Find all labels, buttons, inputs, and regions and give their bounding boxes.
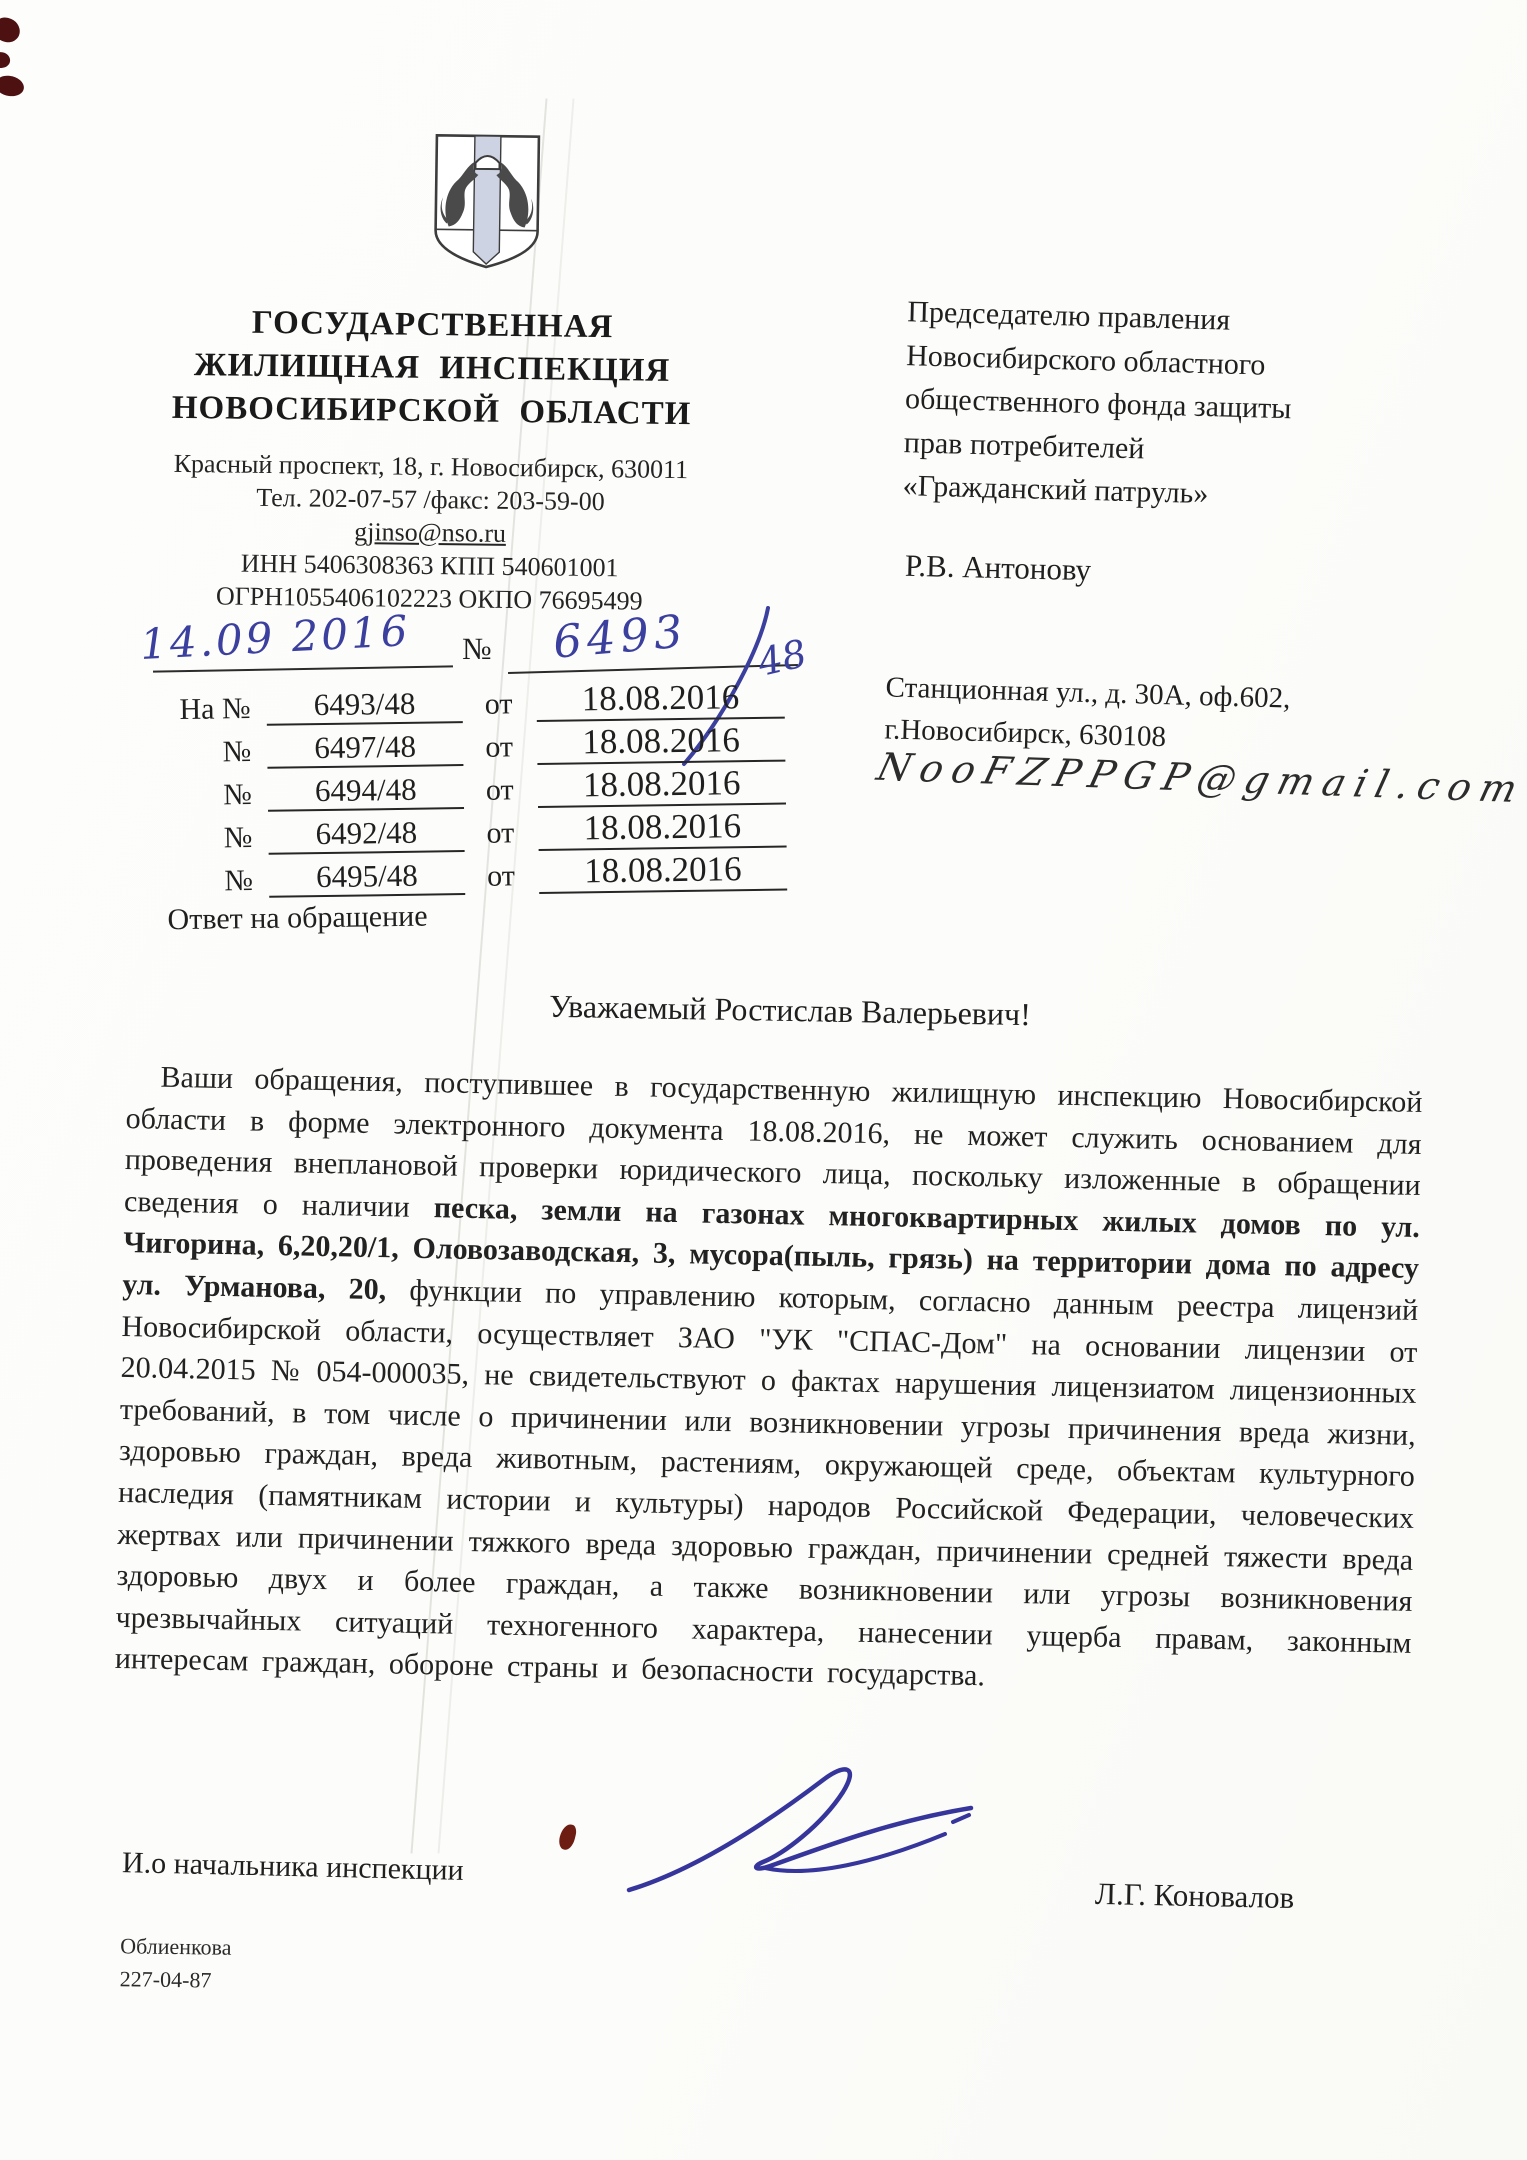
- org-name-line2: ЖИЛИЩНАЯ ИНСПЕКЦИЯ: [116, 343, 748, 394]
- ref-number: 6493/48: [266, 685, 463, 726]
- ref-from-word: от: [472, 816, 528, 852]
- org-contacts: Красный проспект, 18, г. Новосибирск, 63…: [113, 446, 747, 619]
- reference-row: № 6497/48 от 18.08.2016: [149, 719, 786, 771]
- scan-edge-mark: [0, 51, 11, 69]
- ref-number: 6492/48: [268, 814, 465, 855]
- ref-date: 18.08.2016: [539, 849, 788, 894]
- reference-block: На № 6493/48 от 18.08.2016 № 6497/48 от …: [148, 676, 787, 938]
- letter-body: Ваши обращения, поступившее в государств…: [114, 1056, 1422, 1706]
- ref-from-word: от: [471, 730, 527, 766]
- handwritten-outgoing-date: 14.09 2016: [139, 606, 412, 669]
- body-closing: функции по управлению которым, согласно …: [115, 1273, 1419, 1692]
- executor-phone: 227-04-87: [120, 1962, 232, 1997]
- number-sign: №: [462, 631, 492, 667]
- executor-name: Облиенкова: [120, 1929, 232, 1964]
- ref-number: 6495/48: [269, 857, 466, 898]
- reference-row: № 6495/48 от 18.08.2016: [151, 848, 788, 900]
- signature-scribble: [615, 1758, 985, 1908]
- ref-date: 18.08.2016: [536, 677, 785, 722]
- org-name-line1: ГОСУДАРСТВЕННАЯ: [116, 300, 748, 351]
- org-name-line3: НОВОСИБИРСКОЙ ОБЛАСТИ: [115, 386, 747, 437]
- reference-row: На № 6493/48 от 18.08.2016: [148, 676, 785, 728]
- ref-from-word: от: [473, 859, 529, 895]
- ref-date: 18.08.2016: [537, 763, 786, 808]
- scan-edge-mark: [0, 16, 22, 45]
- ref-label: №: [150, 778, 260, 814]
- letterhead: ГОСУДАРСТВЕННАЯ ЖИЛИЩНАЯ ИНСПЕКЦИЯ НОВОС…: [113, 300, 749, 619]
- ref-number: 6497/48: [267, 728, 464, 769]
- ref-label: На №: [148, 692, 258, 728]
- date-underline: [153, 665, 453, 672]
- novosibirsk-coat-of-arms-icon: [429, 131, 545, 273]
- signer-name: Л.Г. Коновалов: [1095, 1876, 1295, 1916]
- reference-row: № 6492/48 от 18.08.2016: [150, 805, 787, 857]
- ref-date: 18.08.2016: [538, 806, 787, 851]
- ref-label: №: [149, 735, 259, 771]
- ref-number: 6494/48: [268, 771, 465, 812]
- ref-from-word: от: [470, 687, 526, 723]
- scan-edge-mark: [0, 75, 25, 98]
- reference-subject: Ответ на обращение: [167, 895, 787, 938]
- scanned-letter-page: ГОСУДАРСТВЕННАЯ ЖИЛИЩНАЯ ИНСПЕКЦИЯ НОВОС…: [0, 0, 1527, 2160]
- signer-position: И.о начальника инспекции: [122, 1846, 464, 1888]
- executor-block: Облиенкова 227-04-87: [120, 1929, 232, 1997]
- ink-stain: [557, 1823, 578, 1852]
- ref-from-word: от: [472, 773, 528, 809]
- handwritten-outgoing-number: 6493: [551, 604, 690, 669]
- ref-label: №: [151, 864, 261, 900]
- org-name: ГОСУДАРСТВЕННАЯ ЖИЛИЩНАЯ ИНСПЕКЦИЯ НОВОС…: [115, 300, 749, 437]
- recipient-name: Р.В. Антонову: [905, 548, 1092, 589]
- ref-label: №: [150, 821, 260, 857]
- reference-row: № 6494/48 от 18.08.2016: [149, 762, 786, 814]
- ref-date: 18.08.2016: [537, 720, 786, 765]
- recipient-block: Председателю правления Новосибирского об…: [902, 290, 1353, 519]
- salutation: Уважаемый Ростислав Валерьевич!: [430, 986, 1151, 1036]
